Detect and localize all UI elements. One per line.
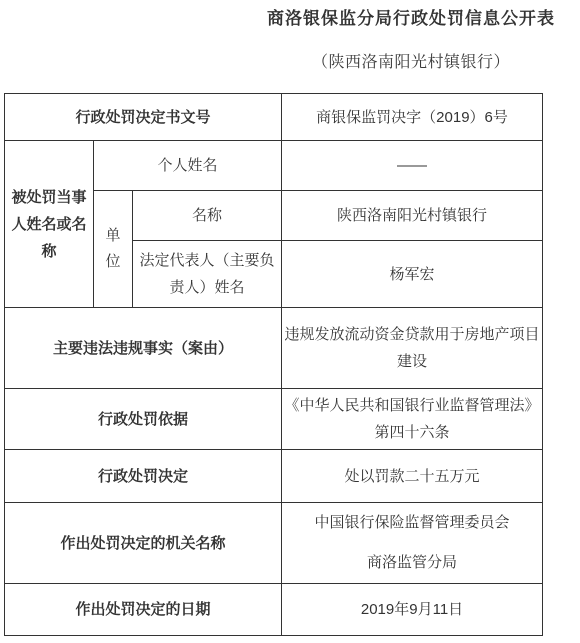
decision-value: 处以罚款二十五万元 [282, 450, 543, 503]
personal-name-value: —— [282, 141, 543, 191]
authority-label: 作出处罚决定的机关名称 [5, 503, 282, 584]
row-personal-name: 被处罚当事人姓名或名称 个人姓名 —— [5, 141, 543, 191]
unit-label-cell: 单位 [94, 191, 133, 308]
page-subtitle: （陕西洛南阳光村镇银行） [0, 30, 580, 73]
doc-number-label: 行政处罚决定书文号 [5, 94, 282, 141]
unit-name-label: 名称 [133, 191, 282, 241]
personal-name-label: 个人姓名 [94, 141, 282, 191]
basis-label: 行政处罚依据 [5, 389, 282, 450]
page-title: 商洛银保监分局行政处罚信息公开表 [0, 0, 580, 30]
date-value: 2019年9月11日 [282, 584, 543, 636]
row-authority: 作出处罚决定的机关名称 中国银行保险监督管理委员会 商洛监管分局 [5, 503, 543, 584]
unit-name-value: 陕西洛南阳光村镇银行 [282, 191, 543, 241]
decision-label: 行政处罚决定 [5, 450, 282, 503]
authority-value-line1: 中国银行保险监督管理委员会 [282, 509, 542, 537]
unit-label: 单位 [106, 223, 121, 275]
basis-value: 《中华人民共和国银行业监督管理法》第四十六条 [282, 389, 543, 450]
violation-label: 主要违法违规事实（案由） [5, 308, 282, 389]
authority-value-cell: 中国银行保险监督管理委员会 商洛监管分局 [282, 503, 543, 584]
row-doc-number: 行政处罚决定书文号 商银保监罚决字（2019）6号 [5, 94, 543, 141]
penalty-info-table: 行政处罚决定书文号 商银保监罚决字（2019）6号 被处罚当事人姓名或名称 个人… [4, 93, 543, 636]
row-decision: 行政处罚决定 处以罚款二十五万元 [5, 450, 543, 503]
violation-value: 违规发放流动资金贷款用于房地产项目建设 [282, 308, 543, 389]
punished-party-label: 被处罚当事人姓名或名称 [5, 141, 94, 308]
doc-number-value: 商银保监罚决字（2019）6号 [282, 94, 543, 141]
row-date: 作出处罚决定的日期 2019年9月11日 [5, 584, 543, 636]
legal-rep-value: 杨军宏 [282, 241, 543, 308]
legal-rep-label: 法定代表人（主要负责人）姓名 [133, 241, 282, 308]
date-label: 作出处罚决定的日期 [5, 584, 282, 636]
row-violation: 主要违法违规事实（案由） 违规发放流动资金贷款用于房地产项目建设 [5, 308, 543, 389]
row-basis: 行政处罚依据 《中华人民共和国银行业监督管理法》第四十六条 [5, 389, 543, 450]
authority-value-line2: 商洛监管分局 [282, 549, 542, 577]
